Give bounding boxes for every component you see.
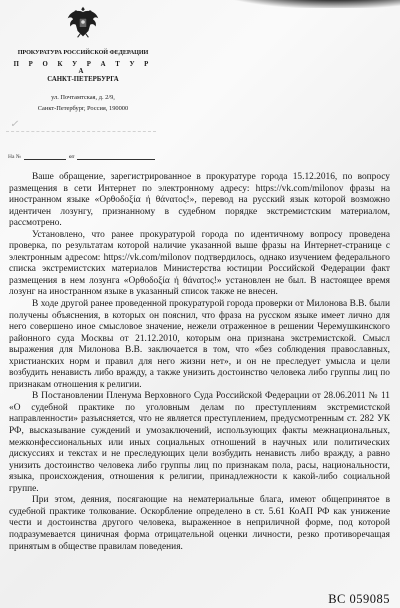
paragraph-3: В ходе другой ранее проведенной прокурат… [9, 299, 390, 391]
org-city: САНКТ-ПЕТЕРБУРГА [8, 76, 158, 83]
reference-number-field [24, 153, 66, 160]
reference-from-label: от [69, 154, 74, 160]
letter-body: Ваше обращение, зарегистрированное в про… [9, 172, 390, 553]
reference-line: На № от [8, 153, 155, 160]
page-corner-shadow [215, 0, 400, 8]
paragraph-4: В Постановлении Пленума Верховного Суда … [9, 391, 390, 495]
serial-number: ВС 059085 [328, 592, 390, 607]
address-city: Санкт-Петербург, Россия, 190000 [8, 105, 158, 112]
address-street: ул. Почтамтская, д. 2/9, [8, 94, 158, 101]
reference-date-field [77, 153, 155, 160]
paragraph-2: Установлено, что ранее прокуратурой горо… [9, 230, 390, 299]
reference-prefix: На № [8, 154, 21, 160]
paragraph-5: При этом, деяния, посягающие на нематери… [9, 495, 390, 553]
org-title: П Р О К У Р А Т У Р А [8, 61, 158, 75]
paragraph-1: Ваше обращение, зарегистрированное в про… [9, 172, 390, 230]
russian-coat-of-arms-icon [65, 4, 101, 40]
org-name-full: ПРОКУРАТУРА РОССИЙСКОЙ ФЕДЕРАЦИИ [8, 49, 158, 56]
letterhead: ПРОКУРАТУРА РОССИЙСКОЙ ФЕДЕРАЦИИ П Р О К… [8, 4, 158, 112]
faded-handwritten-mark: ✓ [6, 125, 156, 132]
